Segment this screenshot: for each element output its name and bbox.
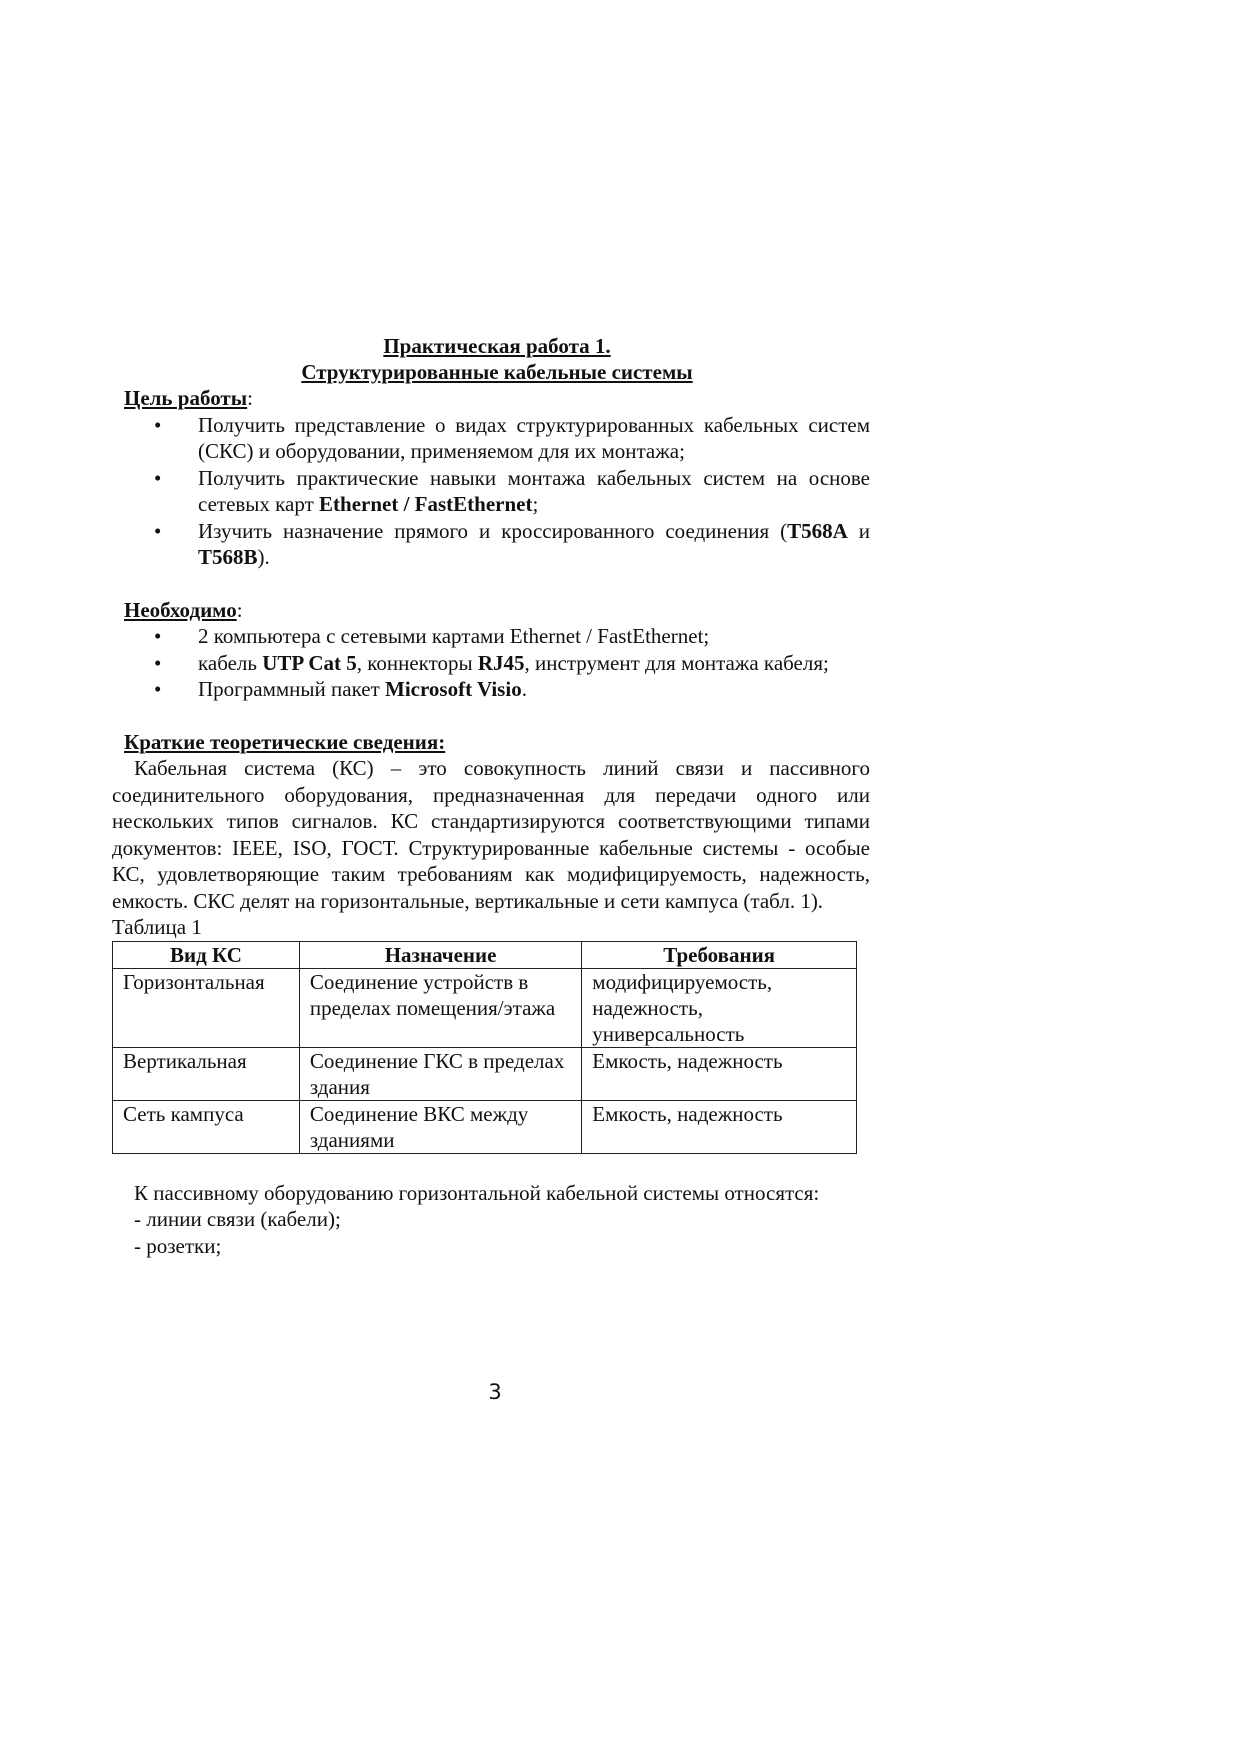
theory-heading: Краткие теоретические сведения:: [124, 729, 870, 756]
list-item-text: .: [522, 677, 527, 701]
required-heading-colon: :: [237, 598, 243, 622]
column-header: Назначение: [299, 941, 581, 968]
list-item-bold: T568A: [787, 519, 848, 543]
goal-heading-colon: :: [247, 386, 253, 410]
table-row: Вертикальная Соединение ГКС в пределах з…: [113, 1047, 857, 1100]
table-cell: Соединение ВКС между зданиями: [299, 1100, 581, 1153]
list-item: •2 компьютера с сетевыми картами Etherne…: [154, 623, 870, 650]
spacer: [124, 571, 870, 597]
table-cell: Вертикальная: [113, 1047, 300, 1100]
list-item: •Получить практические навыки монтажа ка…: [154, 465, 870, 518]
list-item-text: Изучить назначение прямого и кроссирован…: [198, 519, 787, 543]
spacer: [124, 703, 870, 729]
list-item: •Получить представление о видах структур…: [154, 412, 870, 465]
table-caption: Таблица 1: [112, 914, 870, 941]
table-cell: Горизонтальная: [113, 968, 300, 1047]
list-item-bold: Ethernet / FastEthernet: [319, 492, 532, 516]
goal-list: •Получить представление о видах структур…: [124, 412, 870, 571]
column-header: Требования: [582, 941, 857, 968]
table-row: Сеть кампуса Соединение ВКС между здания…: [113, 1100, 857, 1153]
list-item: •Изучить назначение прямого и кроссирова…: [154, 518, 870, 571]
required-heading-text: Необходимо: [124, 598, 237, 622]
table-cell: Сеть кампуса: [113, 1100, 300, 1153]
dash-list-item: - розетки;: [124, 1233, 870, 1260]
list-item-text: , коннекторы: [357, 651, 478, 675]
list-item-bold: UTP Cat 5: [262, 651, 357, 675]
table-cell: Соединение устройств в пределах помещени…: [299, 968, 581, 1047]
table-cell: модифицируемость, надежность, универсаль…: [582, 968, 857, 1047]
bullet-icon: •: [154, 650, 161, 677]
spacer: [124, 1154, 870, 1180]
bullet-icon: •: [154, 623, 161, 650]
table-cell: Емкость, надежность: [582, 1047, 857, 1100]
title-line-1: Практическая работа 1.: [124, 333, 870, 359]
table-cell: Емкость, надежность: [582, 1100, 857, 1153]
list-item-text: ;: [533, 492, 539, 516]
table-cell: Соединение ГКС в пределах здания: [299, 1047, 581, 1100]
bullet-icon: •: [154, 412, 161, 439]
goal-heading: Цель работы:: [124, 385, 870, 412]
required-list: •2 компьютера с сетевыми картами Etherne…: [124, 623, 870, 703]
list-item-text: 2 компьютера с сетевыми картами Ethernet…: [198, 624, 709, 648]
bullet-icon: •: [154, 518, 161, 545]
theory-paragraph: Кабельная система (КС) – это совокупност…: [112, 755, 870, 914]
document-page: Практическая работа 1. Структурированные…: [124, 333, 870, 1259]
list-item: •Программный пакет Microsoft Visio.: [154, 676, 870, 703]
list-item-text: кабель: [198, 651, 262, 675]
column-header: Вид КС: [113, 941, 300, 968]
table-header-row: Вид КС Назначение Требования: [113, 941, 857, 968]
bullet-icon: •: [154, 465, 161, 492]
goal-heading-text: Цель работы: [124, 386, 247, 410]
list-item-text: , инструмент для монтажа кабеля;: [525, 651, 829, 675]
bullet-icon: •: [154, 676, 161, 703]
dash-list-item: - линии связи (кабели);: [124, 1206, 870, 1233]
list-item-bold: T568B: [198, 545, 258, 569]
table-row: Горизонтальная Соединение устройств в пр…: [113, 968, 857, 1047]
required-heading: Необходимо:: [124, 597, 870, 624]
list-item-bold: Microsoft Visio: [385, 677, 522, 701]
title-line-2: Структурированные кабельные системы: [124, 359, 870, 385]
passive-paragraph: К пассивному оборудованию горизонтальной…: [112, 1180, 870, 1207]
list-item: •кабель UTP Cat 5, коннекторы RJ45, инст…: [154, 650, 870, 677]
page-number: 3: [0, 1380, 990, 1404]
list-item-text: Получить представление о видах структури…: [198, 413, 870, 464]
list-item-text: Программный пакет: [198, 677, 385, 701]
theory-heading-text: Краткие теоретические сведения:: [124, 730, 445, 754]
list-item-text: ).: [258, 545, 270, 569]
list-item-text: и: [848, 519, 870, 543]
list-item-bold: RJ45: [478, 651, 525, 675]
cable-systems-table: Вид КС Назначение Требования Горизонталь…: [112, 941, 857, 1154]
